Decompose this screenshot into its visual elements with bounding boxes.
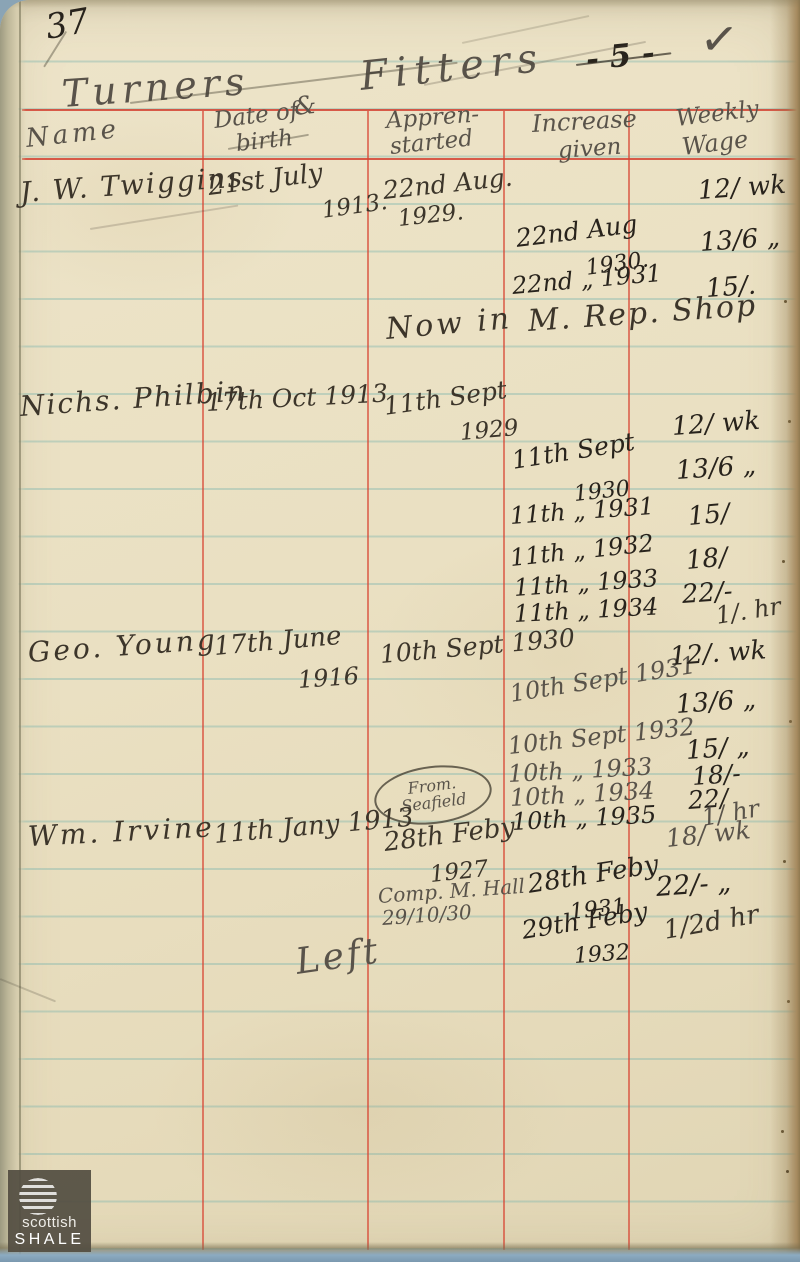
wage-value: 13/6 „ <box>675 450 757 486</box>
increase-date: 10th Sept 1932 <box>507 712 697 759</box>
wage-value: 15/ <box>687 498 731 532</box>
increase-date: 11th „ 1931 <box>509 492 655 530</box>
pen-stroke <box>0 978 56 1002</box>
increase-date: 28th Feby <box>526 850 661 900</box>
entry-start-year: 1929. <box>397 199 465 232</box>
increase-date: 10th Sept 1931 <box>508 651 698 708</box>
column-divider-2 <box>367 111 369 1250</box>
wage-value: 12/ wk <box>671 406 761 442</box>
column-divider-1 <box>202 111 204 1250</box>
wage-value: 12/ wk <box>697 170 787 206</box>
page-bottom-edge <box>0 1242 800 1262</box>
wage-value: 12/. wk <box>669 635 767 672</box>
wage-value: 18/ wk <box>664 815 751 853</box>
column-header-wage-line2: Wage <box>680 125 749 161</box>
page-top-edge <box>0 0 800 8</box>
column-header-wage-line1: Weekly <box>674 96 760 132</box>
entry-start-year: 1929 <box>459 415 520 446</box>
page-number: 37 <box>43 1 93 48</box>
wage-value: 1/2d hr <box>661 900 761 946</box>
wage-value: 22/- „ <box>655 867 732 903</box>
entry-start-date: 11th Sept <box>382 375 509 421</box>
entry-start-date: 22nd Aug. <box>381 162 513 204</box>
wage-value: 13/6 „ <box>699 222 781 258</box>
column-header-increase-line1: Increase <box>531 105 637 138</box>
increase-date: 22nd „ 1931 <box>511 259 663 300</box>
remark-left: Left <box>293 930 383 982</box>
wage-value: 18/ <box>685 542 729 576</box>
entry-dob: 17th June <box>213 621 343 662</box>
entry-name: Wm. Irvine <box>27 810 215 853</box>
edge-specks <box>784 300 787 303</box>
wage-value: 13/6 „ <box>675 684 757 720</box>
checkmark-icon: ✓ <box>697 10 741 68</box>
increase-date: 11th Sept <box>510 427 637 475</box>
entry-dob-year: 1916 <box>297 662 360 694</box>
entry-start-date: 10th Sept 1930 <box>379 623 576 669</box>
watermark-text-shale: SHALE <box>8 1231 91 1249</box>
globe-icon <box>19 1178 57 1215</box>
pen-flourish <box>90 205 238 230</box>
increase-date: 22nd Aug <box>514 209 639 253</box>
watermark-text-scottish: scottish <box>8 1214 91 1231</box>
entry-remark-date: 29/10/30 <box>381 900 472 930</box>
increase-date: 1932 <box>573 940 631 969</box>
column-divider-3 <box>503 111 505 1250</box>
column-header-name: Name <box>24 114 121 154</box>
column-header-increase-line2: given <box>557 134 622 164</box>
ledger-page-scan: 37 ✓ Turners & Fitters - 5 - Name Date o… <box>0 0 800 1262</box>
remark-now-in: Now in <box>384 301 513 347</box>
entry-name: Geo. Young <box>27 623 219 669</box>
scottish-shale-watermark: scottish SHALE <box>8 1170 91 1252</box>
entry-dob-year: 1913. <box>320 189 389 224</box>
